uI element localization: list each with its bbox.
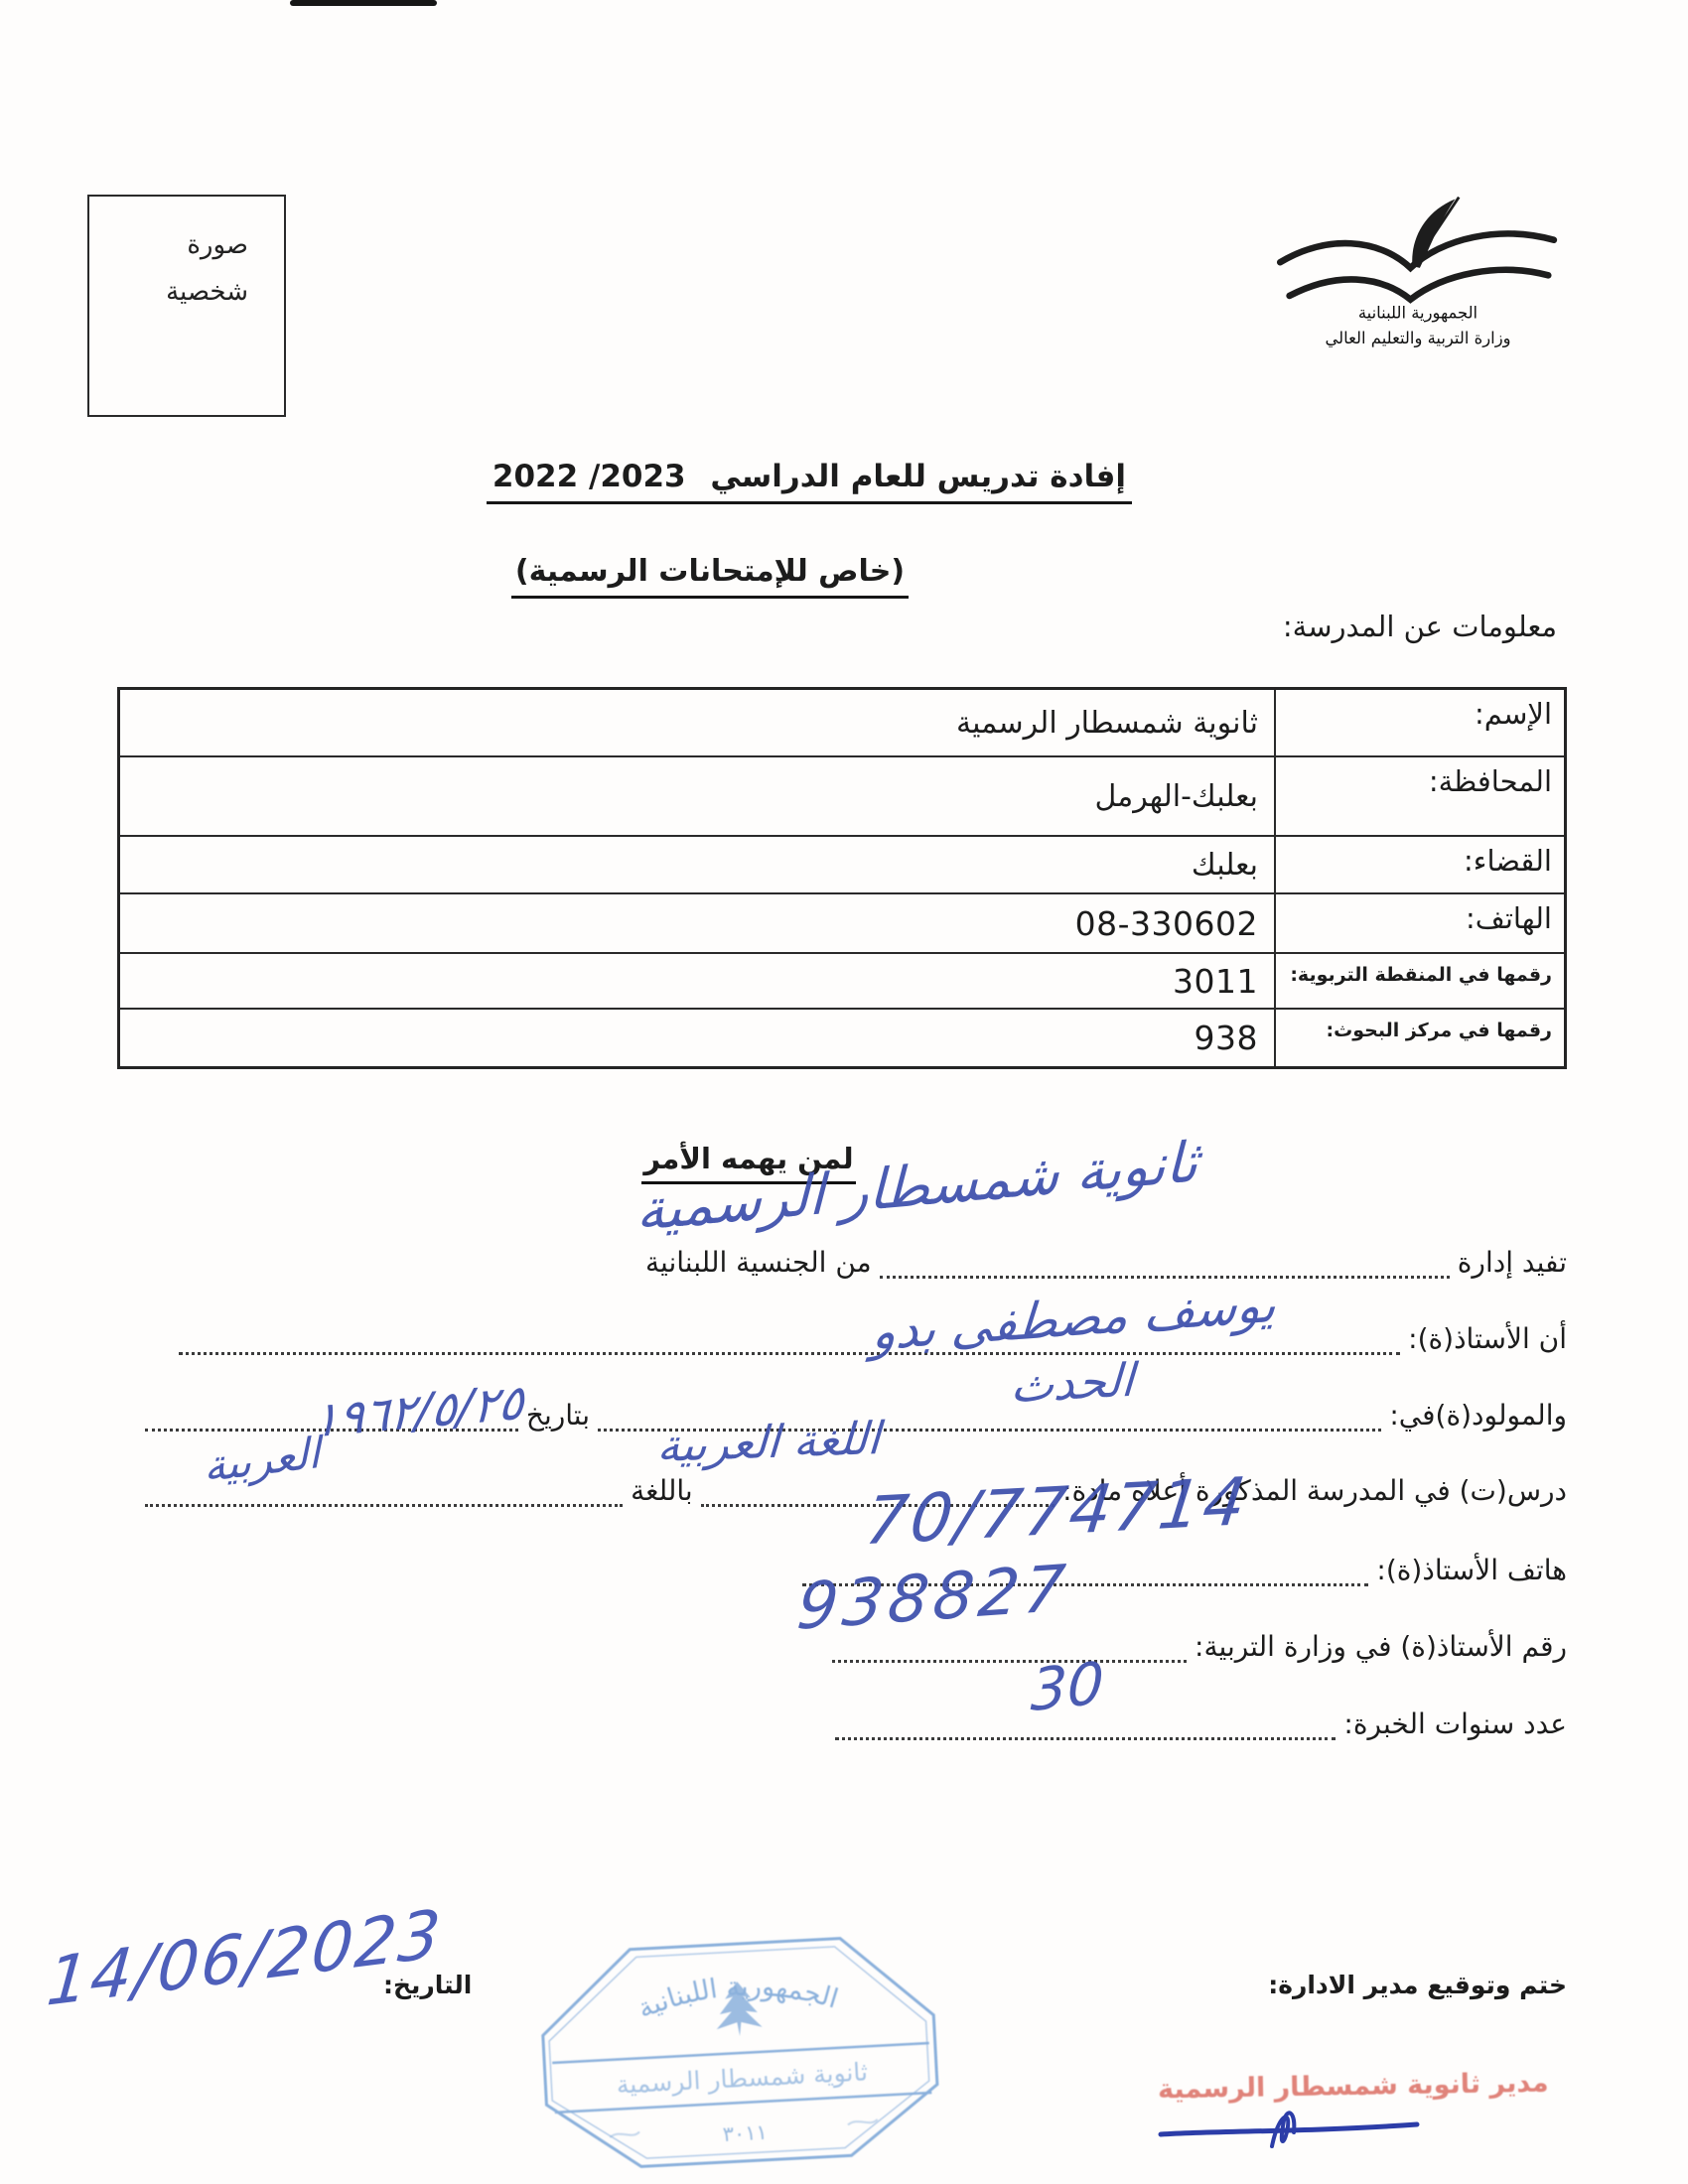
letter-line-administration: تفيد إدارة من الجنسية اللبنانية — [645, 1229, 1567, 1279]
document-subtitle: (خاص للإمتحانات الرسمية) — [462, 554, 958, 599]
row-label-district-number: رقمها في المنقطة التربوية: — [1274, 954, 1564, 1008]
date-label: التاريخ: — [383, 1971, 472, 1999]
letter-line-experience-years: عدد سنوات الخبرة: — [827, 1691, 1567, 1740]
handwriting-birth-place: الحدث — [1010, 1357, 1135, 1410]
logo-ministry-text: وزارة التربية والتعليم العالي — [1325, 329, 1510, 348]
row-label-district: القضاء: — [1274, 837, 1564, 892]
scan-artifact-line — [290, 0, 437, 6]
official-blue-octagon-stamp: الجمهورية اللبنانية ثانوية شمسطار الرسمي… — [530, 1925, 951, 2181]
stamp-number-text: ٣٠١١ — [722, 2120, 768, 2146]
logo-country-text: الجمهورية اللبنانية — [1358, 303, 1477, 323]
handwriting-teacher-phone: 70/774714 — [862, 1469, 1252, 1556]
row-value-name: ثانوية شمسطار الرسمية — [120, 690, 1274, 755]
ministry-logo: الجمهورية اللبنانية وزارة التربية والتعل… — [1269, 189, 1567, 357]
school-info-table: الإسم: ثانوية شمسطار الرسمية المحافظة: ب… — [117, 687, 1567, 1069]
handwriting-ministry-number: 938827 — [794, 1557, 1072, 1640]
table-row: القضاء: بعلبك — [120, 837, 1564, 894]
table-row: رقمها في المنقطة التربوية: 3011 — [120, 954, 1564, 1010]
school-section-heading: معلومات عن المدرسة: — [1283, 610, 1557, 643]
handwriting-subject: اللغة العربية — [656, 1416, 881, 1468]
row-label-governorate: المحافظة: — [1274, 757, 1564, 835]
row-label-name: الإسم: — [1274, 690, 1564, 755]
photo-placeholder-box: صورة شخصية — [87, 195, 286, 417]
director-red-stamp-text: مدير ثانوية شمسطار الرسمية — [1158, 2068, 1549, 2106]
letter-line-teacher-name: أن الأستاذ(ة): — [171, 1305, 1567, 1355]
table-row: الإسم: ثانوية شمسطار الرسمية — [120, 690, 1564, 757]
handwriting-experience-years: 30 — [1030, 1654, 1104, 1719]
title-year: 2022 /2023 — [492, 459, 686, 494]
photo-box-label-line1: صورة — [89, 222, 248, 269]
row-value-district-number: 3011 — [120, 954, 1274, 1008]
photo-box-label-line2: شخصية — [89, 269, 248, 316]
director-signature — [1155, 2103, 1425, 2160]
table-row: رقمها في مركز البحوث: 938 — [120, 1010, 1564, 1066]
row-value-phone: 08-330602 — [120, 894, 1274, 952]
subtitle-text: (خاص للإمتحانات الرسمية) — [511, 554, 909, 599]
open-book-quill-icon: الجمهورية اللبنانية وزارة التربية والتعل… — [1269, 189, 1567, 357]
document-title: إفادة تدريس للعام الدراسي 2022 /2023 — [462, 459, 1157, 504]
stamp-signature-label: ختم وتوقيع مدير الادارة: — [1268, 1971, 1567, 1999]
title-text: إفادة تدريس للعام الدراسي — [710, 459, 1126, 494]
dotted-fill-line — [880, 1238, 1450, 1279]
table-row: الهاتف: 08-330602 — [120, 894, 1564, 954]
row-value-district: بعلبك — [120, 837, 1274, 892]
row-value-research-number: 938 — [120, 1010, 1274, 1066]
table-row: المحافظة: بعلبك-الهرمل — [120, 757, 1564, 837]
stamp-school-name-text: ثانوية شمسطار الرسمية — [616, 2057, 869, 2099]
row-label-phone: الهاتف: — [1274, 894, 1564, 952]
row-value-governorate: بعلبك-الهرمل — [120, 757, 1274, 835]
row-label-research-number: رقمها في مركز البحوث: — [1274, 1010, 1564, 1066]
scanned-teaching-certificate: صورة شخصية الجمهورية اللبنانية وزارة الت… — [0, 0, 1688, 2184]
